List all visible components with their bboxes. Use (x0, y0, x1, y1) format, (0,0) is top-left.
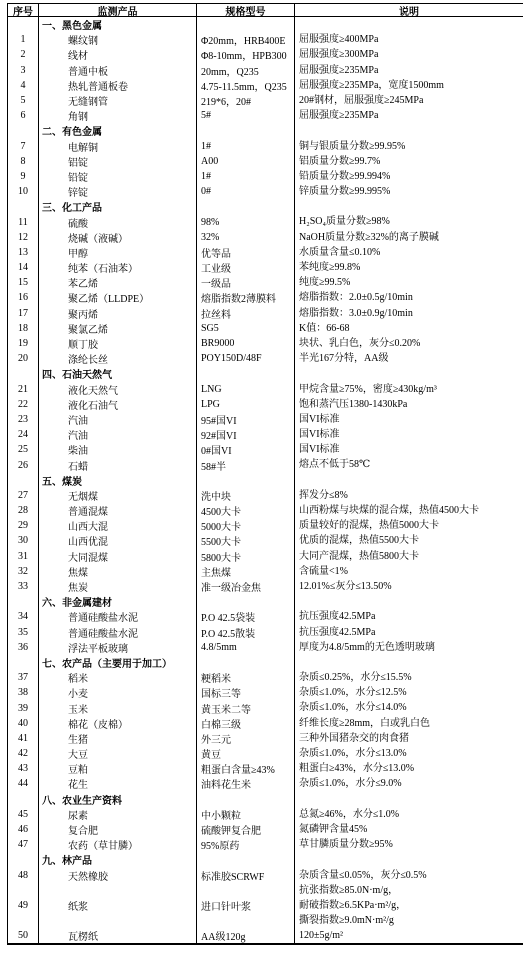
product-name: 纸浆 (38, 883, 196, 929)
desc-line: 杂质≤0.25%，水分≤15.5% (299, 670, 412, 685)
spec-value: 5500大卡 (196, 533, 294, 548)
row-number: 36 (8, 640, 38, 655)
row-number: 24 (8, 427, 38, 442)
product-name: 焦煤 (38, 564, 196, 579)
desc-value: 纤维长度≥28mm，白或乳白色 (294, 716, 523, 731)
spec-value: 油料花生米 (196, 776, 294, 791)
desc-line: 铜与银质量分数≥99.95% (299, 139, 405, 154)
table-row: 29 山西大混 5000大卡 质量较好的混煤，热值5000大卡 (8, 518, 523, 533)
spec-value: 准一级冶金焦 (196, 579, 294, 594)
desc-line: 饱和蒸汽压1380-1430kPa (299, 397, 407, 412)
table-row: 2 线材 Φ8-10mm，HPB300 屈服强度≥300MPa (8, 47, 523, 62)
desc-value: 熔脂指数：2.0±0.5g/10min (294, 290, 523, 305)
product-name: 苯乙烯 (38, 275, 196, 290)
spec-value: 95%原药 (196, 837, 294, 852)
table-row: 37 稻米 粳稻米 杂质≤0.25%，水分≤15.5% (8, 670, 523, 685)
row-number: 41 (8, 731, 38, 746)
table-row: 二、有色金属 (8, 123, 523, 138)
table-row: 50 瓦楞纸 AA级120g 120±5g/m² (8, 928, 523, 943)
spec-value (196, 655, 294, 670)
product-name: 液化天然气 (38, 382, 196, 397)
table-row: 22 液化石油气 LPG 饱和蒸汽压1380-1430kPa (8, 397, 523, 412)
desc-value: 杂质≤1.0%，水分≤12.5% (294, 685, 523, 700)
desc-line: 杂质≤1.0%，水分≤12.5% (299, 685, 407, 700)
desc-value: 三种外国猪杂交的肉食猪 (294, 731, 523, 746)
desc-value: 120±5g/m² (294, 928, 523, 943)
spec-value: 工业级 (196, 260, 294, 275)
table-row: 33 焦炭 准一级冶金焦 12.01%≤灰分≤13.50% (8, 579, 523, 594)
desc-line: 抗压强度42.5MPa (299, 625, 375, 640)
desc-value: 苯纯度≥99.8% (294, 260, 523, 275)
desc-value: 抗压强度42.5MPa (294, 625, 523, 640)
table-row: 19 顺丁胶 BR9000 块状、乳白色，灰分≤0.20% (8, 336, 523, 351)
row-number: 17 (8, 306, 38, 321)
row-number: 37 (8, 670, 38, 685)
desc-line: 山西粉煤与块煤的混合煤，热值4500大卡 (299, 503, 479, 518)
desc-value (294, 199, 523, 214)
table-row: 47 农药（草甘膦） 95%原药 草甘膦质量分数≥95% (8, 837, 523, 852)
desc-line: 苯纯度≥99.8% (299, 260, 360, 275)
spec-value: 主焦煤 (196, 564, 294, 579)
spec-value: 拉丝料 (196, 306, 294, 321)
row-number: 2 (8, 47, 38, 62)
row-number: 8 (8, 154, 38, 169)
row-number: 14 (8, 260, 38, 275)
row-number: 26 (8, 457, 38, 472)
desc-line: 熔脂指数：2.0±0.5g/10min (299, 290, 413, 305)
desc-line: 杂质含量≤0.05%，灰分≤0.5% (299, 868, 427, 883)
desc-value: 屈服强度≥400MPa (294, 32, 523, 47)
spec-value: 1# (196, 169, 294, 184)
table-row: 28 普通混煤 4500大卡 山西粉煤与块煤的混合煤，热值4500大卡 (8, 503, 523, 518)
table-row: 九、林产品 (8, 852, 523, 867)
spec-value: 熔脂指数2薄膜料 (196, 290, 294, 305)
table-row: 8 铝锭 A00 铝质量分数≥99.7% (8, 154, 523, 169)
desc-value: 优质的混煤，热值5500大卡 (294, 533, 523, 548)
spec-value: 洗中块 (196, 488, 294, 503)
desc-line: 撕裂指数≥9.0mN·m²/g (299, 913, 394, 928)
desc-value (294, 792, 523, 807)
row-number: 46 (8, 822, 38, 837)
spec-value (196, 594, 294, 609)
desc-line: 20#钢材，屈服强度≥245MPa (299, 93, 423, 108)
row-number: 32 (8, 564, 38, 579)
desc-line: 国VI标准 (299, 442, 340, 457)
table-row: 六、非金属建材 (8, 594, 523, 609)
desc-value: 屈服强度≥300MPa (294, 47, 523, 62)
row-number (8, 199, 38, 214)
desc-value: 屈服强度≥235MPa，宽度1500mm (294, 78, 523, 93)
header-monitored-product: 监测产品 (38, 4, 196, 16)
row-number: 23 (8, 412, 38, 427)
desc-line: 大同产混煤，热值5800大卡 (299, 549, 419, 564)
product-name: 大同混煤 (38, 549, 196, 564)
product-name: 玉米 (38, 700, 196, 715)
table-body: 一、黑色金属 1 螺纹钢 Φ20mm，HRB400E 屈服强度≥400MPa 2… (8, 17, 523, 943)
product-name: 花生 (38, 776, 196, 791)
spec-value: 20mm，Q235 (196, 63, 294, 78)
table-row: 11 硫酸 98% H₂SO₄质量分数≥98% (8, 214, 523, 229)
products-table: 序号 监测产品 规格型号 说明 一、黑色金属 1 螺纹钢 Φ20mm，HRB40… (7, 3, 523, 945)
desc-value: 大同产混煤，热值5800大卡 (294, 549, 523, 564)
desc-value: H₂SO₄质量分数≥98% (294, 214, 523, 229)
product-name: 豆粕 (38, 761, 196, 776)
row-number (8, 17, 38, 32)
product-name: 汽油 (38, 412, 196, 427)
product-name: 柴油 (38, 442, 196, 457)
table-row: 24 汽油 92#国VI 国VI标准 (8, 427, 523, 442)
product-name: 一、黑色金属 (38, 17, 196, 32)
desc-value: 20#钢材，屈服强度≥245MPa (294, 93, 523, 108)
product-name: 烧碱（液碱） (38, 230, 196, 245)
table-row: 三、化工产品 (8, 199, 523, 214)
spec-value: 白棉三级 (196, 716, 294, 731)
desc-line: 挥发分≤8% (299, 488, 348, 503)
desc-line: 半光167分特，AA级 (299, 351, 388, 366)
table-row: 35 普通硅酸盐水泥 P.O 42.5散装 抗压强度42.5MPa (8, 625, 523, 640)
row-number: 10 (8, 184, 38, 199)
product-name: 普通中板 (38, 63, 196, 78)
row-number (8, 792, 38, 807)
spec-value (196, 792, 294, 807)
product-name: 七、农产品（主要用于加工） (38, 655, 196, 670)
product-name: 棉花（皮棉） (38, 716, 196, 731)
table-row: 4 热轧普通板卷 4.75-11.5mm，Q235 屈服强度≥235MPa，宽度… (8, 78, 523, 93)
table-row: 44 花生 油料花生米 杂质≤1.0%，水分≤9.0% (8, 776, 523, 791)
table-row: 四、石油天然气 (8, 366, 523, 381)
row-number: 27 (8, 488, 38, 503)
desc-value: 熔脂指数：3.0±0.9g/10min (294, 306, 523, 321)
table-row: 46 复合肥 硫酸钾复合肥 氮磷钾含量45% (8, 822, 523, 837)
desc-value (294, 473, 523, 488)
row-number: 45 (8, 807, 38, 822)
row-number: 49 (8, 883, 38, 929)
desc-line: 三种外国猪杂交的肉食猪 (299, 731, 409, 746)
desc-line: 水质量含量≤0.10% (299, 245, 380, 260)
desc-value: 国VI标准 (294, 412, 523, 427)
table-row: 五、煤炭 (8, 473, 523, 488)
table-row: 48 天然橡胶 标准胶SCRWF 杂质含量≤0.05%，灰分≤0.5% (8, 868, 523, 883)
spec-value: P.O 42.5袋装 (196, 609, 294, 624)
spec-value: 粗蛋白含量≥43% (196, 761, 294, 776)
spec-value: 国标三等 (196, 685, 294, 700)
row-number: 21 (8, 382, 38, 397)
desc-line: 120±5g/m² (299, 928, 343, 943)
spec-value: 4500大卡 (196, 503, 294, 518)
desc-value: 半光167分特，AA级 (294, 351, 523, 366)
table-row: 34 普通硅酸盐水泥 P.O 42.5袋装 抗压强度42.5MPa (8, 609, 523, 624)
desc-line: 屈服强度≥400MPa (299, 32, 378, 47)
spec-value: 1# (196, 139, 294, 154)
desc-line: 纯度≥99.5% (299, 275, 350, 290)
desc-value: 屈服强度≥235MPa (294, 108, 523, 123)
row-number: 4 (8, 78, 38, 93)
product-name: 液化石油气 (38, 397, 196, 412)
table-row: 38 小麦 国标三等 杂质≤1.0%，水分≤12.5% (8, 685, 523, 700)
page: { "table": { "headers": ["序号", "监测产品", "… (0, 0, 531, 956)
desc-line: 优质的混煤，热值5500大卡 (299, 533, 419, 548)
spec-value (196, 473, 294, 488)
desc-value: 含硫量<1% (294, 564, 523, 579)
product-name: 焦炭 (38, 579, 196, 594)
row-number: 43 (8, 761, 38, 776)
table-row: 30 山西优混 5500大卡 优质的混煤，热值5500大卡 (8, 533, 523, 548)
header-description: 说明 (294, 4, 523, 16)
desc-line: 纤维长度≥28mm，白或乳白色 (299, 716, 430, 731)
row-number: 25 (8, 442, 38, 457)
desc-line: 氮磷钾含量45% (299, 822, 367, 837)
product-name: 纯苯（石油苯） (38, 260, 196, 275)
row-number: 47 (8, 837, 38, 852)
product-name: 稻米 (38, 670, 196, 685)
product-name: 普通硅酸盐水泥 (38, 609, 196, 624)
desc-line: 甲烷含量≥75%，密度≥430kg/m³ (299, 382, 437, 397)
spec-value: LPG (196, 397, 294, 412)
desc-line: 屈服强度≥300MPa (299, 47, 378, 62)
desc-value: 山西粉煤与块煤的混合煤，热值4500大卡 (294, 503, 523, 518)
spec-value: A00 (196, 154, 294, 169)
product-name: 生猪 (38, 731, 196, 746)
row-number: 7 (8, 139, 38, 154)
spec-value: 5800大卡 (196, 549, 294, 564)
spec-value (196, 123, 294, 138)
desc-value: 总氮≥46%，水分≤1.0% (294, 807, 523, 822)
table-row: 40 棉花（皮棉） 白棉三级 纤维长度≥28mm，白或乳白色 (8, 716, 523, 731)
table-row: 49 纸浆 进口针叶浆 抗张指数≥85.0N·m/g，耐破指数≥6.5KPa·m… (8, 883, 523, 929)
desc-line: 屈服强度≥235MPa (299, 63, 378, 78)
table-row: 25 柴油 0#国VI 国VI标准 (8, 442, 523, 457)
spec-value: LNG (196, 382, 294, 397)
product-name: 硫酸 (38, 214, 196, 229)
spec-value: SG5 (196, 321, 294, 336)
desc-line: 厚度为4.8/5mm的无色透明玻璃 (299, 640, 435, 655)
row-number: 5 (8, 93, 38, 108)
desc-line: 铝质量分数≥99.7% (299, 154, 380, 169)
table-row: 31 大同混煤 5800大卡 大同产混煤，热值5800大卡 (8, 549, 523, 564)
row-number: 35 (8, 625, 38, 640)
spec-value: 优等品 (196, 245, 294, 260)
spec-value: 92#国VI (196, 427, 294, 442)
table-row: 5 无缝钢管 219*6，20# 20#钢材，屈服强度≥245MPa (8, 93, 523, 108)
row-number (8, 123, 38, 138)
row-number: 6 (8, 108, 38, 123)
desc-value: 挥发分≤8% (294, 488, 523, 503)
product-name: 线材 (38, 47, 196, 62)
row-number: 38 (8, 685, 38, 700)
product-name: 六、非金属建材 (38, 594, 196, 609)
desc-value: 厚度为4.8/5mm的无色透明玻璃 (294, 640, 523, 655)
spec-value: 硫酸钾复合肥 (196, 822, 294, 837)
spec-value: 黄玉米二等 (196, 700, 294, 715)
table-row: 6 角钢 5# 屈服强度≥235MPa (8, 108, 523, 123)
table-row: 23 汽油 95#国VI 国VI标准 (8, 412, 523, 427)
desc-line: 杂质≤1.0%，水分≤14.0% (299, 700, 407, 715)
spec-value: 黄豆 (196, 746, 294, 761)
table-row: 7 电解铜 1# 铜与银质量分数≥99.95% (8, 139, 523, 154)
row-number: 15 (8, 275, 38, 290)
desc-value (294, 123, 523, 138)
spec-value: 98% (196, 214, 294, 229)
product-name: 瓦楞纸 (38, 928, 196, 943)
spec-value: 中小颗粒 (196, 807, 294, 822)
product-name: 普通硅酸盐水泥 (38, 625, 196, 640)
desc-line: 耐破指数≥6.5KPa·m²/g， (299, 898, 406, 913)
desc-value: 国VI标准 (294, 427, 523, 442)
row-number (8, 366, 38, 381)
desc-value: 水质量含量≤0.10% (294, 245, 523, 260)
spec-value: 5# (196, 108, 294, 123)
spec-value (196, 366, 294, 381)
desc-line: 国VI标准 (299, 412, 340, 427)
row-number: 50 (8, 928, 38, 943)
desc-line: 熔脂指数：3.0±0.9g/10min (299, 306, 413, 321)
product-name: 汽油 (38, 427, 196, 442)
row-number: 39 (8, 700, 38, 715)
spec-value: 4.8/5mm (196, 640, 294, 655)
table-row: 16 聚乙烯（LLDPE） 熔脂指数2薄膜料 熔脂指数：2.0±0.5g/10m… (8, 290, 523, 305)
product-name: 甲醇 (38, 245, 196, 260)
product-name: 山西大混 (38, 518, 196, 533)
product-name: 角钢 (38, 108, 196, 123)
product-name: 小麦 (38, 685, 196, 700)
table-row: 17 聚丙烯 拉丝料 熔脂指数：3.0±0.9g/10min (8, 306, 523, 321)
desc-value (294, 852, 523, 867)
product-name: 尿素 (38, 807, 196, 822)
table-row: 七、农产品（主要用于加工） (8, 655, 523, 670)
spec-value: P.O 42.5散装 (196, 625, 294, 640)
product-name: 四、石油天然气 (38, 366, 196, 381)
header-spec-model: 规格型号 (196, 4, 294, 16)
product-name: 二、有色金属 (38, 123, 196, 138)
desc-value: 锌质量分数≥99.995% (294, 184, 523, 199)
table-row: 27 无烟煤 洗中块 挥发分≤8% (8, 488, 523, 503)
spec-value (196, 852, 294, 867)
desc-line: 锌质量分数≥99.995% (299, 184, 390, 199)
desc-line: NaOH质量分数≥32%的离子膜碱 (299, 230, 439, 245)
row-number (8, 852, 38, 867)
table-row: 20 涤纶长丝 POY150D/48F 半光167分特，AA级 (8, 351, 523, 366)
table-row: 42 大豆 黄豆 杂质≤1.0%，水分≤13.0% (8, 746, 523, 761)
spec-value: Φ8-10mm，HPB300 (196, 47, 294, 62)
desc-line: H₂SO₄质量分数≥98% (299, 214, 390, 229)
product-name: 铅锭 (38, 169, 196, 184)
desc-value: K值：66-68 (294, 321, 523, 336)
product-name: 聚丙烯 (38, 306, 196, 321)
product-name: 大豆 (38, 746, 196, 761)
table-row: 36 浮法平板玻璃 4.8/5mm 厚度为4.8/5mm的无色透明玻璃 (8, 640, 523, 655)
table-row: 9 铅锭 1# 铅质量分数≥99.994% (8, 169, 523, 184)
row-number: 20 (8, 351, 38, 366)
desc-line: 熔点不低于58℃ (299, 457, 370, 472)
table-row: 32 焦煤 主焦煤 含硫量<1% (8, 564, 523, 579)
product-name: 无缝钢管 (38, 93, 196, 108)
spec-value: 粳稻米 (196, 670, 294, 685)
product-name: 聚乙烯（LLDPE） (38, 290, 196, 305)
desc-value: 甲烷含量≥75%，密度≥430kg/m³ (294, 382, 523, 397)
desc-value (294, 655, 523, 670)
product-name: 天然橡胶 (38, 868, 196, 883)
row-number (8, 473, 38, 488)
spec-value: Φ20mm，HRB400E (196, 32, 294, 47)
desc-line: 12.01%≤灰分≤13.50% (299, 579, 392, 594)
row-number: 13 (8, 245, 38, 260)
desc-line: 粗蛋白≥43%，水分≤13.0% (299, 761, 414, 776)
table-header: 序号 监测产品 规格型号 说明 (8, 4, 523, 17)
desc-line: 总氮≥46%，水分≤1.0% (299, 807, 399, 822)
desc-value (294, 594, 523, 609)
desc-line: 杂质≤1.0%，水分≤13.0% (299, 746, 407, 761)
row-number (8, 655, 38, 670)
spec-value: POY150D/48F (196, 351, 294, 366)
row-number: 3 (8, 63, 38, 78)
spec-value: 一级品 (196, 275, 294, 290)
table-row: 3 普通中板 20mm，Q235 屈服强度≥235MPa (8, 63, 523, 78)
desc-value (294, 366, 523, 381)
row-number: 1 (8, 32, 38, 47)
spec-value: BR9000 (196, 336, 294, 351)
table-row: 1 螺纹钢 Φ20mm，HRB400E 屈服强度≥400MPa (8, 32, 523, 47)
row-number: 33 (8, 579, 38, 594)
spec-value: 5000大卡 (196, 518, 294, 533)
table-row: 14 纯苯（石油苯） 工业级 苯纯度≥99.8% (8, 260, 523, 275)
spec-value: 0# (196, 184, 294, 199)
product-name: 涤纶长丝 (38, 351, 196, 366)
desc-value: 熔点不低于58℃ (294, 457, 523, 472)
product-name: 农药（草甘膦） (38, 837, 196, 852)
desc-line: K值：66-68 (299, 321, 350, 336)
desc-value: 抗张指数≥85.0N·m/g，耐破指数≥6.5KPa·m²/g，撕裂指数≥9.0… (294, 883, 523, 929)
table-row: 43 豆粕 粗蛋白含量≥43% 粗蛋白≥43%，水分≤13.0% (8, 761, 523, 776)
spec-value: 进口针叶浆 (196, 883, 294, 929)
desc-value: 草甘膦质量分数≥95% (294, 837, 523, 852)
row-number: 28 (8, 503, 38, 518)
desc-value: 杂质≤1.0%，水分≤13.0% (294, 746, 523, 761)
table-row: 八、农业生产资料 (8, 792, 523, 807)
table-row: 39 玉米 黄玉米二等 杂质≤1.0%，水分≤14.0% (8, 700, 523, 715)
product-name: 铝锭 (38, 154, 196, 169)
desc-value (294, 17, 523, 32)
spec-value: 219*6，20# (196, 93, 294, 108)
product-name: 三、化工产品 (38, 199, 196, 214)
spec-value: 0#国VI (196, 442, 294, 457)
row-number: 31 (8, 549, 38, 564)
row-number: 29 (8, 518, 38, 533)
desc-value: 铝质量分数≥99.7% (294, 154, 523, 169)
product-name: 电解铜 (38, 139, 196, 154)
product-name: 螺纹钢 (38, 32, 196, 47)
table-row: 15 苯乙烯 一级品 纯度≥99.5% (8, 275, 523, 290)
desc-value: 铅质量分数≥99.994% (294, 169, 523, 184)
row-number: 30 (8, 533, 38, 548)
row-number: 11 (8, 214, 38, 229)
spec-value: 4.75-11.5mm，Q235 (196, 78, 294, 93)
desc-value: 国VI标准 (294, 442, 523, 457)
row-number: 48 (8, 868, 38, 883)
desc-value: 粗蛋白≥43%，水分≤13.0% (294, 761, 523, 776)
desc-line: 块状、乳白色，灰分≤0.20% (299, 336, 420, 351)
product-name: 石蜡 (38, 457, 196, 472)
spec-value: 58#半 (196, 457, 294, 472)
row-number: 22 (8, 397, 38, 412)
spec-value (196, 17, 294, 32)
row-number: 40 (8, 716, 38, 731)
desc-value: 屈服强度≥235MPa (294, 63, 523, 78)
product-name: 九、林产品 (38, 852, 196, 867)
table-row: 10 锌锭 0# 锌质量分数≥99.995% (8, 184, 523, 199)
row-number: 12 (8, 230, 38, 245)
desc-line: 质量较好的混煤，热值5000大卡 (299, 518, 439, 533)
product-name: 热轧普通板卷 (38, 78, 196, 93)
